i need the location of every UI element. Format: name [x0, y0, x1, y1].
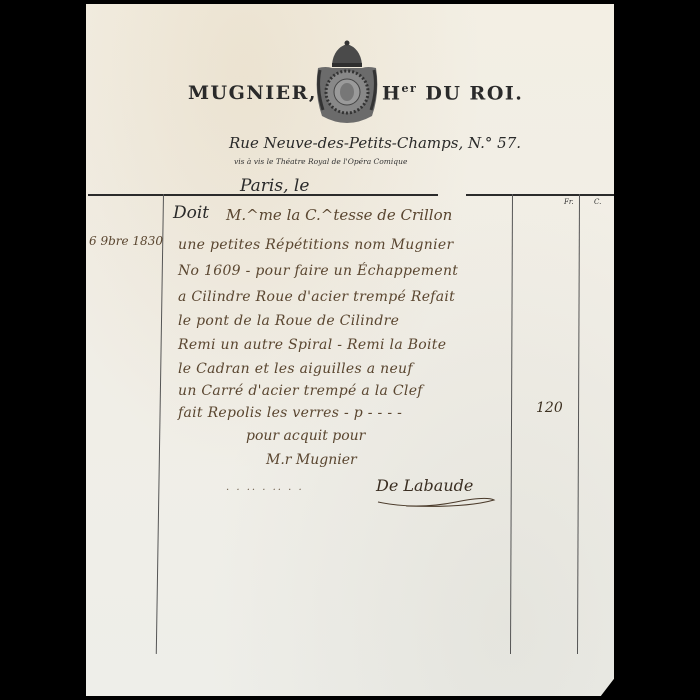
francs-column-line	[510, 194, 513, 654]
header-rule-left	[88, 194, 438, 196]
street-address: Rue Neuve-des-Petits-Champs, N.° 57.	[229, 134, 521, 152]
debit-label: Doit	[173, 203, 209, 223]
acknowledgement-line: pour acquit pour	[246, 428, 365, 444]
body-line: Remi un autre Spiral - Remi la Boite	[178, 337, 446, 353]
title-superscript: er	[401, 82, 417, 95]
amount-francs: 120	[536, 400, 563, 416]
merchant-name: MUGNIER,	[188, 82, 317, 104]
title-prefix: H	[382, 82, 401, 104]
header-rule-right	[466, 194, 614, 196]
recipient: M.^me la C.^tesse de Crillon	[226, 206, 452, 224]
body-line: une petites Répétitions nom Mugnier	[178, 237, 453, 253]
royal-coat-of-arms-icon	[308, 38, 386, 128]
margin-date: 6 9bre 1830	[89, 234, 163, 248]
body-line: un Carré d'acier trempé a la Clef	[178, 383, 423, 399]
faint-dotted-marks: . . .. . .. . .	[226, 482, 304, 493]
address-note: vis à vis le Théatre Royal de l'Opéra Co…	[234, 157, 407, 166]
body-line: fait Repolis les verres - p - - - -	[178, 405, 402, 421]
body-line: le pont de la Roue de Cilindre	[178, 313, 399, 329]
title-suffix: DU ROI.	[425, 82, 523, 104]
francs-column-header: Fr.	[564, 198, 574, 206]
body-line: le Cadran et les aiguilles a neuf	[178, 361, 413, 377]
merchant-title: Her DU ROI.	[382, 82, 523, 104]
margin-column-line	[156, 194, 164, 654]
city-date-line: Paris, le	[240, 176, 309, 196]
signature: De Labaude	[376, 476, 473, 495]
body-line: No 1609 - pour faire un Échappement	[178, 263, 458, 279]
centimes-column-line	[577, 194, 580, 654]
signature-flourish-icon	[376, 496, 496, 510]
document-paper: MUGNIER, Her DU ROI. Rue Neuve-des-Petit…	[86, 4, 614, 696]
centimes-column-header: C.	[594, 198, 601, 206]
body-line: a Cilindre Roue d'acier trempé Refait	[178, 289, 455, 305]
acknowledgement-line: M.r Mugnier	[266, 452, 357, 468]
